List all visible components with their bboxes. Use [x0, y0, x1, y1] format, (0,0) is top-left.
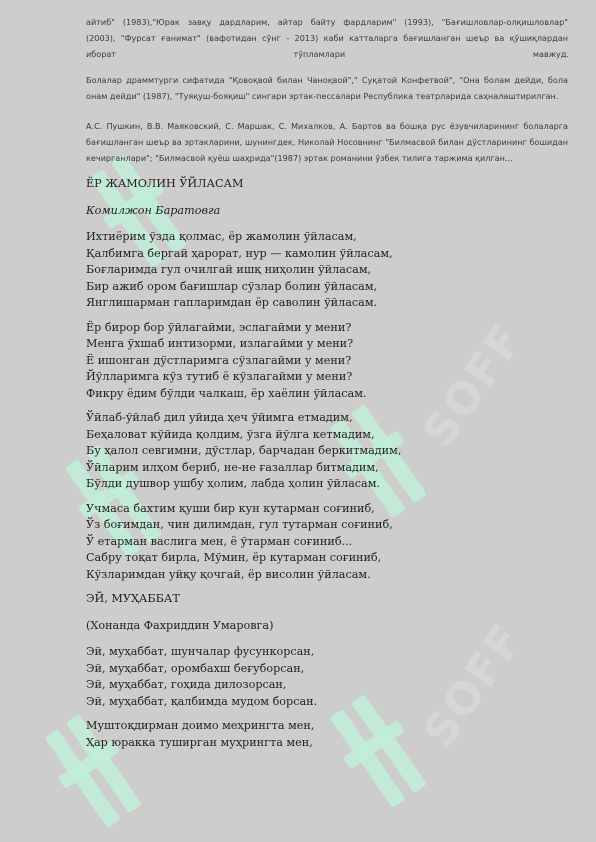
verse-line: Эй, муҳаббат, гоҳида дилозорсан,	[86, 677, 568, 694]
verse-line: Боғларимда гул очилгай ишқ ниҳолин ўйлас…	[86, 262, 568, 279]
poem-body: Ихтиёрим ўзда қолмас, ёр жамолин ўйласам…	[86, 229, 568, 583]
verse-line: Ўз боғимдан, чин дилимдан, гул тутарман …	[86, 517, 568, 534]
poem-dedication: Комилжон Баратовга	[86, 203, 568, 220]
intro-paragraph-2: Болалар драммтурги сифатида "Қовоқвой би…	[86, 72, 568, 104]
intro-paragraph-3: А.С. Пушкин, В.В. Маяковский, С. Маршак,…	[86, 118, 568, 166]
verse-line: Беҳаловат кўйида қолдим, ўзга йўлга кетм…	[86, 427, 568, 444]
verse-line: Ҳар юракка туширган муҳрингта мен,	[86, 735, 568, 752]
stanza: Ёр бирор бор ўйлагайми, эслагайми у мени…	[86, 320, 568, 403]
verse-line: Эй, муҳаббат, оромбахш беғуборсан,	[86, 661, 568, 678]
verse-line: Ихтиёрим ўзда қолмас, ёр жамолин ўйласам…	[86, 229, 568, 246]
verse-line: Муштоқдирман доимо меҳрингта мен,	[86, 718, 568, 735]
verse-line: Фикру ёдим бўлди чалкаш, ёр хаёлин ўйлас…	[86, 386, 568, 403]
poem-title: ЭЙ, МУҲАББАТ	[86, 591, 568, 608]
document-content: айтиб" (1983),"Юрак завқу дардларим, айт…	[86, 14, 568, 759]
verse-line: Эй, муҳаббат, қалбимда мудом борсан.	[86, 694, 568, 711]
text-line: (2003), "Фурсат ғанимат" (вафотидан сўнг…	[86, 30, 568, 46]
verse-line: Ёр бирор бор ўйлагайми, эслагайми у мени…	[86, 320, 568, 337]
poem-dedication: (Хонанда Фахриддин Умаровга)	[86, 618, 568, 635]
verse-line: Ё ишонган дўстларимга сўзлагайми у мени?	[86, 353, 568, 370]
verse-line: Эй, муҳаббат, шунчалар фусункорсан,	[86, 644, 568, 661]
stanza: Ихтиёрим ўзда қолмас, ёр жамолин ўйласам…	[86, 229, 568, 312]
verse-line: Бу ҳалол севгимни, дўстлар, барчадан бер…	[86, 443, 568, 460]
verse-line: Сабру тоқат бирла, Мўмин, ёр кутарман со…	[86, 550, 568, 567]
verse-line: Ўйларим илҳом бериб, не-не ғазаллар битм…	[86, 460, 568, 477]
verse-line: Менга ўхшаб интизорми, излагайми у мени?	[86, 336, 568, 353]
stanza: Учмаса бахтим қуши бир кун кутарман соғи…	[86, 501, 568, 584]
verse-line: Ў етарман васлига мен, ё ўтарман соғиниб…	[86, 534, 568, 551]
intro-paragraph-1: айтиб" (1983),"Юрак завқу дардларим, айт…	[86, 14, 568, 62]
text-line: иборат тўпламлари мавжуд.	[86, 46, 568, 62]
poem-body: Эй, муҳаббат, шунчалар фусункорсан,Эй, м…	[86, 644, 568, 751]
poem-title: ЁР ЖАМОЛИН ЎЙЛАСАМ	[86, 176, 568, 193]
verse-line: Ўйлаб-ўйлаб дил уйида ҳеч ўйимга етмадим…	[86, 410, 568, 427]
verse-line: Янглишарман гапларимдан ёр саволин ўйлас…	[86, 295, 568, 312]
stanza: Муштоқдирман доимо меҳрингта мен,Ҳар юра…	[86, 718, 568, 751]
text-line: айтиб" (1983),"Юрак завқу дардларим, айт…	[86, 14, 568, 30]
stanza: Ўйлаб-ўйлаб дил уйида ҳеч ўйимга етмадим…	[86, 410, 568, 493]
verse-line: Қалбимга бергай ҳарорат, нур — камолин ў…	[86, 246, 568, 263]
stanza: Эй, муҳаббат, шунчалар фусункорсан,Эй, м…	[86, 644, 568, 710]
verse-line: Бўлди душвор ушбу ҳолим, лабда ҳолин ўйл…	[86, 476, 568, 493]
verse-line: Кўзларимдан уйқу қочгай, ёр висолин ўйла…	[86, 567, 568, 584]
verse-line: Бир ажиб ором бағишлар сўзлар болин ўйла…	[86, 279, 568, 296]
verse-line: Йўлларимга кўз тутиб ё кўзлагайми у мени…	[86, 369, 568, 386]
verse-line: Учмаса бахтим қуши бир кун кутарман соғи…	[86, 501, 568, 518]
document-page: SOFF SOFF айтиб" (1983),"Юрак завқу дард…	[0, 0, 596, 842]
